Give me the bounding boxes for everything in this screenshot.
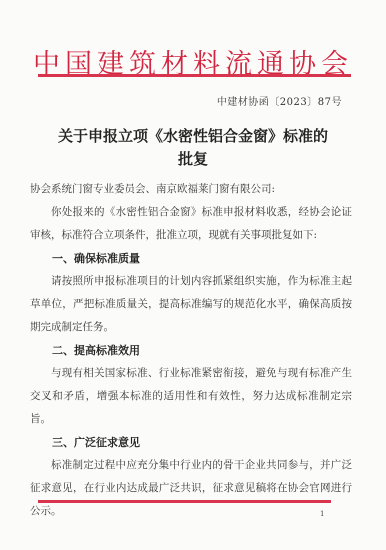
document-body: 协会系统门窗专业委员会、南京欧福莱门窗有限公司: 你处报来的《水密性铝合金窗》标… bbox=[30, 178, 352, 523]
section-body-2: 与现有相关国家标准、行业标准紧密衔接，避免与现有标准产生交叉和矛盾，增强本标准的… bbox=[30, 362, 352, 431]
section-heading-1: 一、确保标准质量 bbox=[30, 247, 352, 270]
document-title-line1: 关于申报立项《水密性铝合金窗》标准的 bbox=[0, 125, 386, 148]
footer-red-rule bbox=[38, 500, 331, 503]
salutation: 协会系统门窗专业委员会、南京欧福莱门窗有限公司: bbox=[30, 178, 352, 201]
section-body-3: 标准制定过程中应充分集中行业内的骨干企业共同参与，并广泛征求意见，在行业内达成最… bbox=[30, 454, 352, 523]
intro-paragraph: 你处报来的《水密性铝合金窗》标准申报材料收悉，经协会论证审核，标准符合立项条件，… bbox=[30, 201, 352, 247]
section-body-1: 请按照所申报标准项目的计划内容抓紧组织实施，作为标准主起草单位，严把标准质量关，… bbox=[30, 270, 352, 339]
document-title: 关于申报立项《水密性铝合金窗》标准的 批复 bbox=[0, 125, 386, 171]
section-heading-2: 二、提高标准效用 bbox=[30, 339, 352, 362]
section-heading-3: 三、广泛征求意见 bbox=[30, 431, 352, 454]
page-number: 1 bbox=[320, 510, 324, 518]
letterhead-red-rule bbox=[38, 74, 351, 77]
document-title-line2: 批复 bbox=[0, 148, 386, 171]
document-number: 中建材协函〔2023〕87号 bbox=[217, 93, 342, 108]
